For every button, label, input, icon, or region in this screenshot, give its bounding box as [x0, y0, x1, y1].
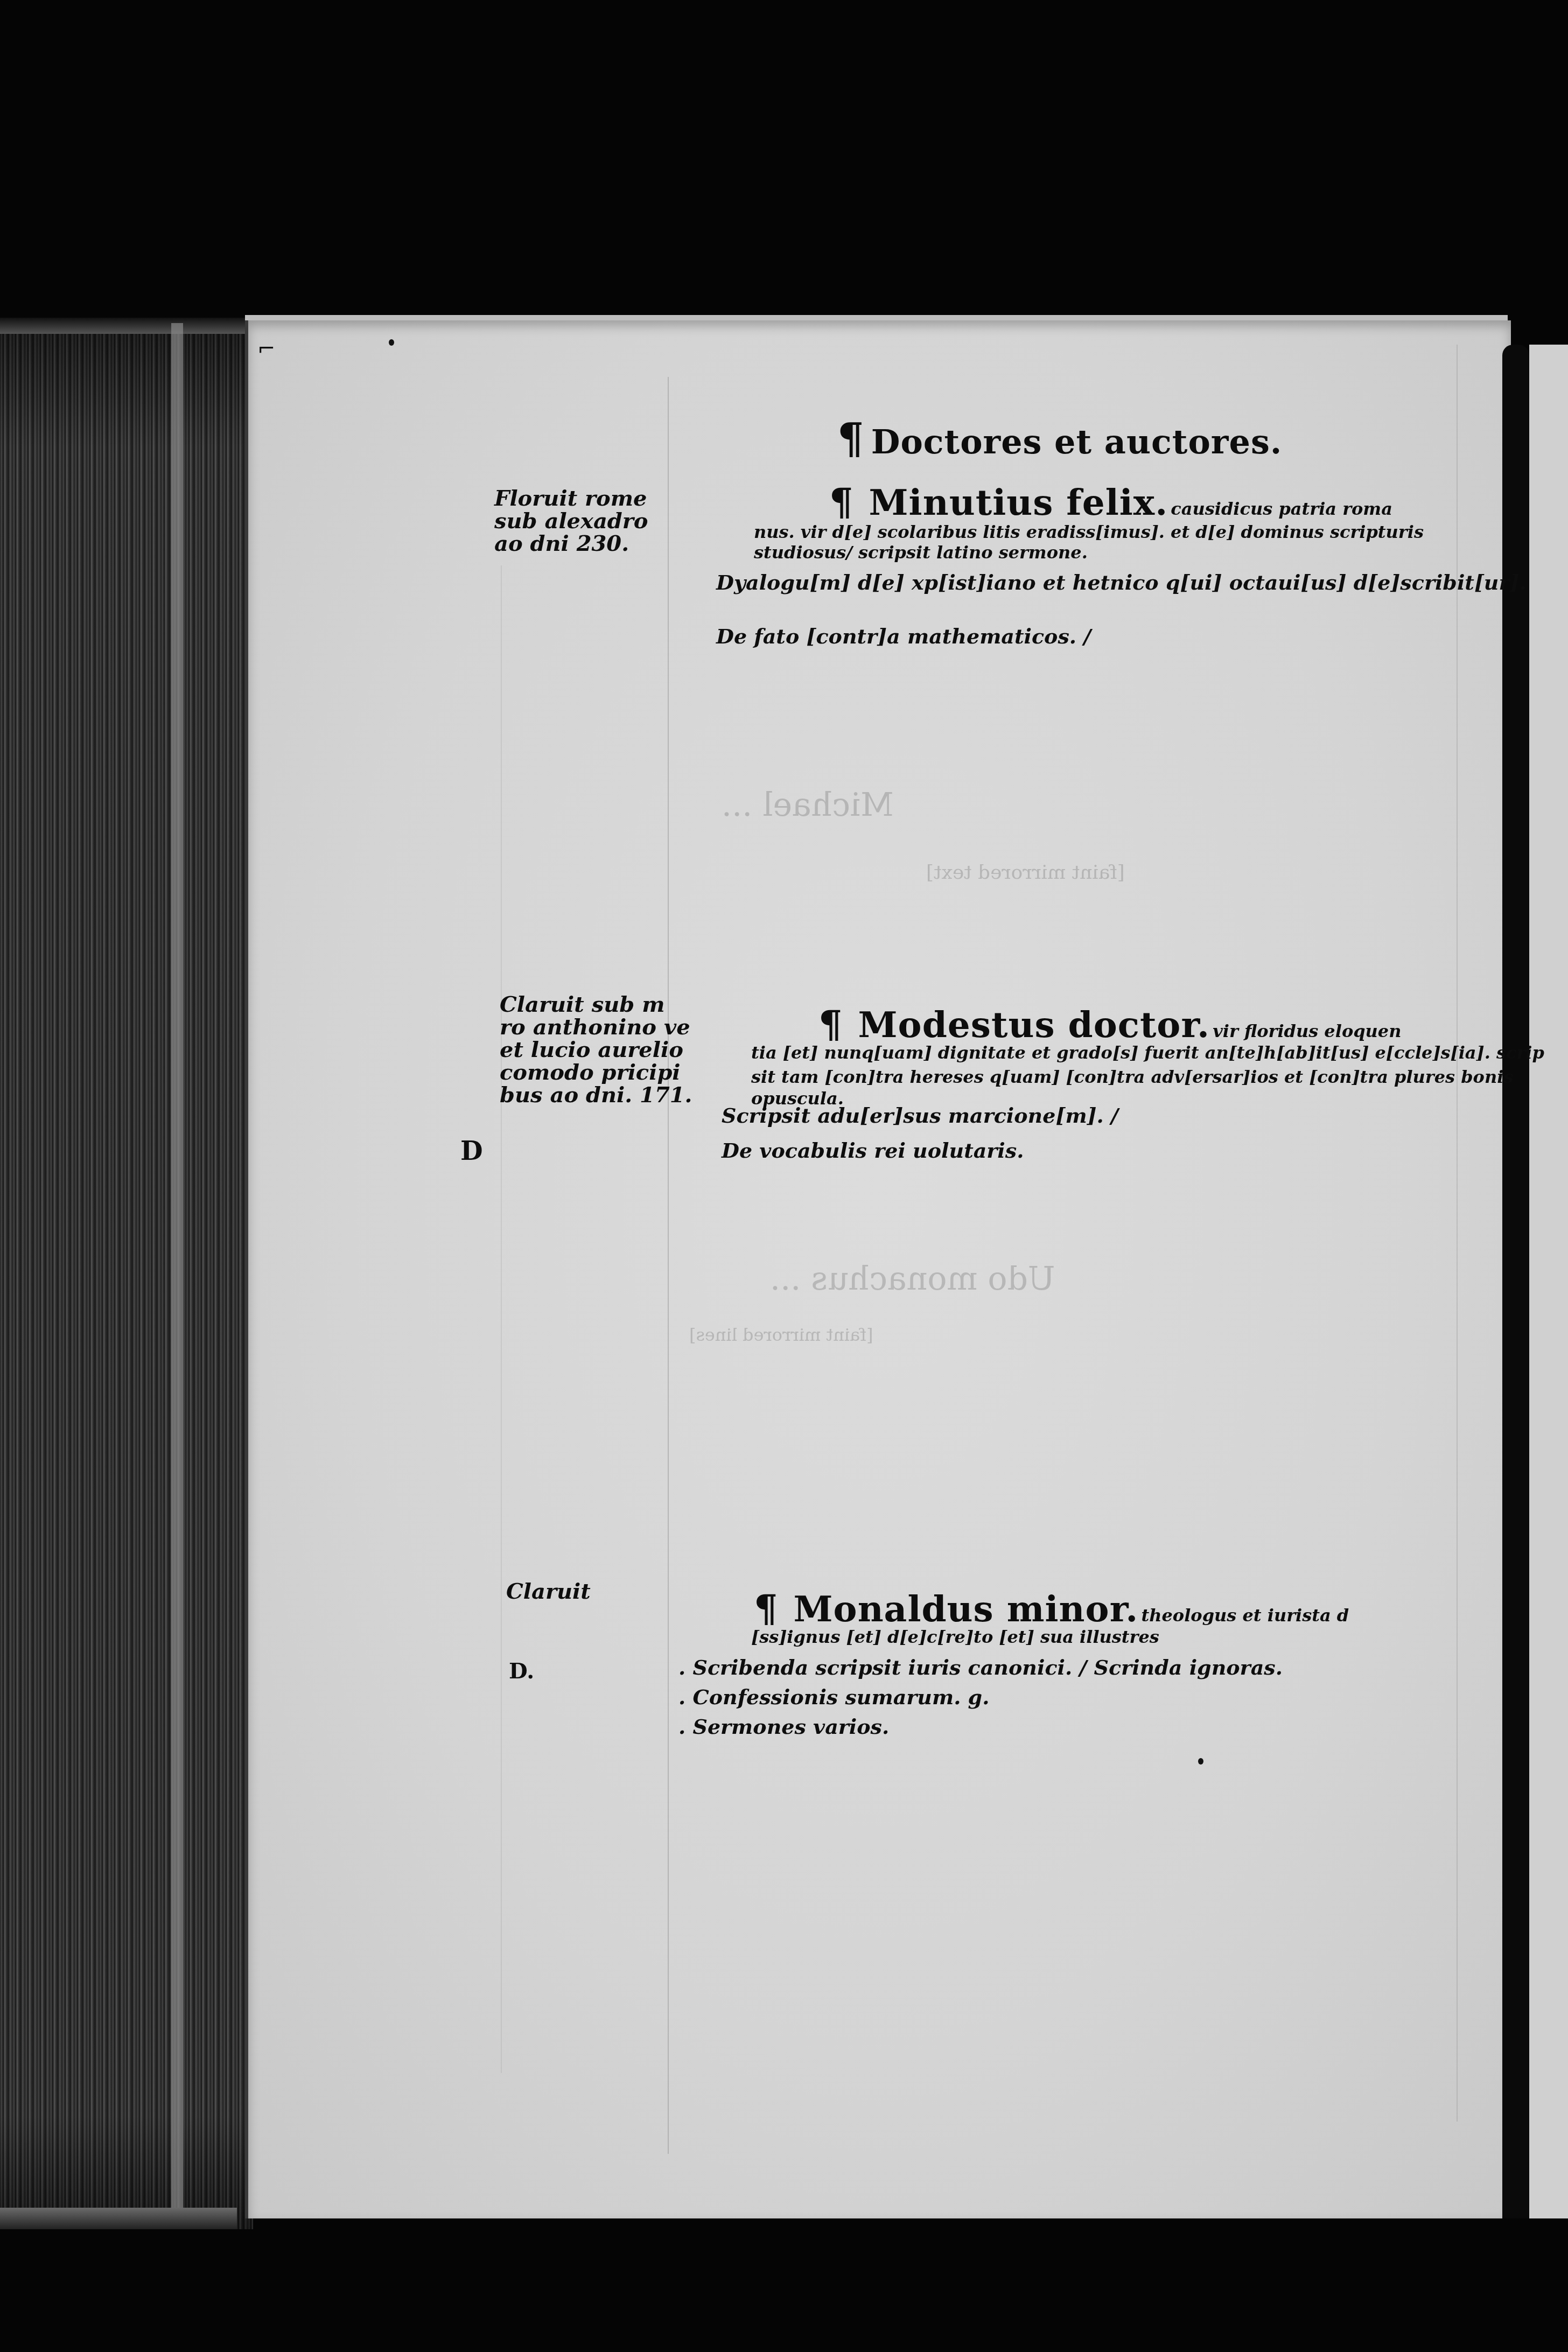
page-heading: ¶Doctores et auctores.	[837, 415, 1282, 464]
entry-title: Minutius felix.	[869, 481, 1168, 523]
entry-description: causidicus patria roma	[1171, 499, 1392, 519]
entry-3-desc-line: [ss]ignus [et] d[e]c[re]to [et] sua illu…	[751, 1626, 1159, 1648]
ink-speck	[1198, 1758, 1203, 1765]
entry-2-desc-line: tia [et] nunq[uam] dignitate et grado[s]…	[751, 1042, 1544, 1063]
adjacent-page-edge	[1529, 345, 1568, 2218]
heading-text: Doctores et auctores.	[871, 422, 1283, 461]
margin-ruling-line	[668, 377, 669, 2154]
fore-edge-highlight	[171, 323, 183, 2208]
margin-note-line: sub alexadro	[494, 510, 648, 533]
entry-1-work: Dyalogu[m] d[e] xp[ist]iano et hetnico q…	[716, 571, 1527, 594]
margin-note-line: Claruit sub m	[500, 993, 692, 1016]
margin-note-line: et lucio aurelio	[500, 1039, 692, 1061]
bleed-through-heading-2: Udo monachus ...	[770, 1260, 1055, 1298]
ink-speck	[389, 339, 394, 346]
bleed-through-line-1: [faint mirrored text]	[926, 862, 1125, 884]
margin-note-2: Claruit sub m ro anthonino ve et lucio a…	[500, 993, 692, 1107]
entry-2-title-row: ¶Modestus doctor. vir floridus eloquen	[818, 1002, 1401, 1046]
corner-pen-mark: ⌐	[257, 337, 276, 361]
book-bottom-edge	[0, 2208, 237, 2229]
margin-note-line: ao dni 230.	[494, 533, 648, 555]
entry-3-work: . Confessionis sumarum. g.	[678, 1685, 989, 1709]
entry-1-desc-line: studiosus/ scripsit latino sermone.	[754, 542, 1088, 563]
book-fore-edge	[0, 334, 253, 2229]
margin-note-line: bus ao dni. 171.	[500, 1084, 692, 1107]
margin-note-line: Claruit	[506, 1580, 591, 1603]
margin-note-line: Floruit rome	[494, 487, 648, 510]
entry-2-work: De vocabulis rei uolutaris.	[722, 1139, 1024, 1163]
margin-note-3: Claruit	[506, 1580, 591, 1603]
faint-ruling-line	[501, 565, 502, 2073]
entry-description: theologus et iurista d	[1141, 1605, 1349, 1626]
pilcrow-icon: ¶	[818, 1002, 843, 1046]
side-marker-2: D.	[509, 1658, 534, 1684]
right-ruling-line	[1457, 345, 1458, 2122]
entry-title: Monaldus minor.	[794, 1588, 1139, 1630]
bleed-through-line-2: [faint mirrored lines]	[689, 1325, 873, 1345]
margin-note-line: ro anthonino ve	[500, 1016, 692, 1039]
entry-1-work: De fato [contr]a mathematicos. /	[716, 625, 1091, 648]
entry-3-work: . Scribenda scripsit iuris canonici. / S…	[678, 1656, 1283, 1679]
entry-3-title-row: ¶Monaldus minor. theologus et iurista d	[754, 1586, 1349, 1630]
entry-1-desc-line: nus. vir d[e] scolaribus litis eradiss[i…	[754, 521, 1424, 543]
entry-2-desc-line: sit tam [con]tra hereses q[uam] [con]tra…	[751, 1066, 1568, 1109]
entry-3-work: . Sermones varios.	[678, 1715, 889, 1739]
bleed-through-heading-1: Michael ...	[722, 786, 894, 824]
pilcrow-icon: ¶	[754, 1586, 779, 1630]
entry-description: vir floridus eloquen	[1213, 1021, 1401, 1041]
entry-2-work: Scripsit adu[er]sus marcione[m]. /	[722, 1104, 1118, 1128]
entry-1-title-row: ¶Minutius felix. causidicus patria roma	[829, 479, 1392, 524]
pilcrow-icon: ¶	[829, 479, 854, 524]
pilcrow-icon: ¶	[837, 415, 865, 464]
margin-note-line: comodo pricipi	[500, 1061, 692, 1084]
side-marker-1: D	[460, 1136, 483, 1166]
margin-note-1: Floruit rome sub alexadro ao dni 230.	[494, 487, 648, 555]
book-gutter	[1502, 345, 1529, 2218]
entry-title: Modestus doctor.	[858, 1004, 1210, 1046]
